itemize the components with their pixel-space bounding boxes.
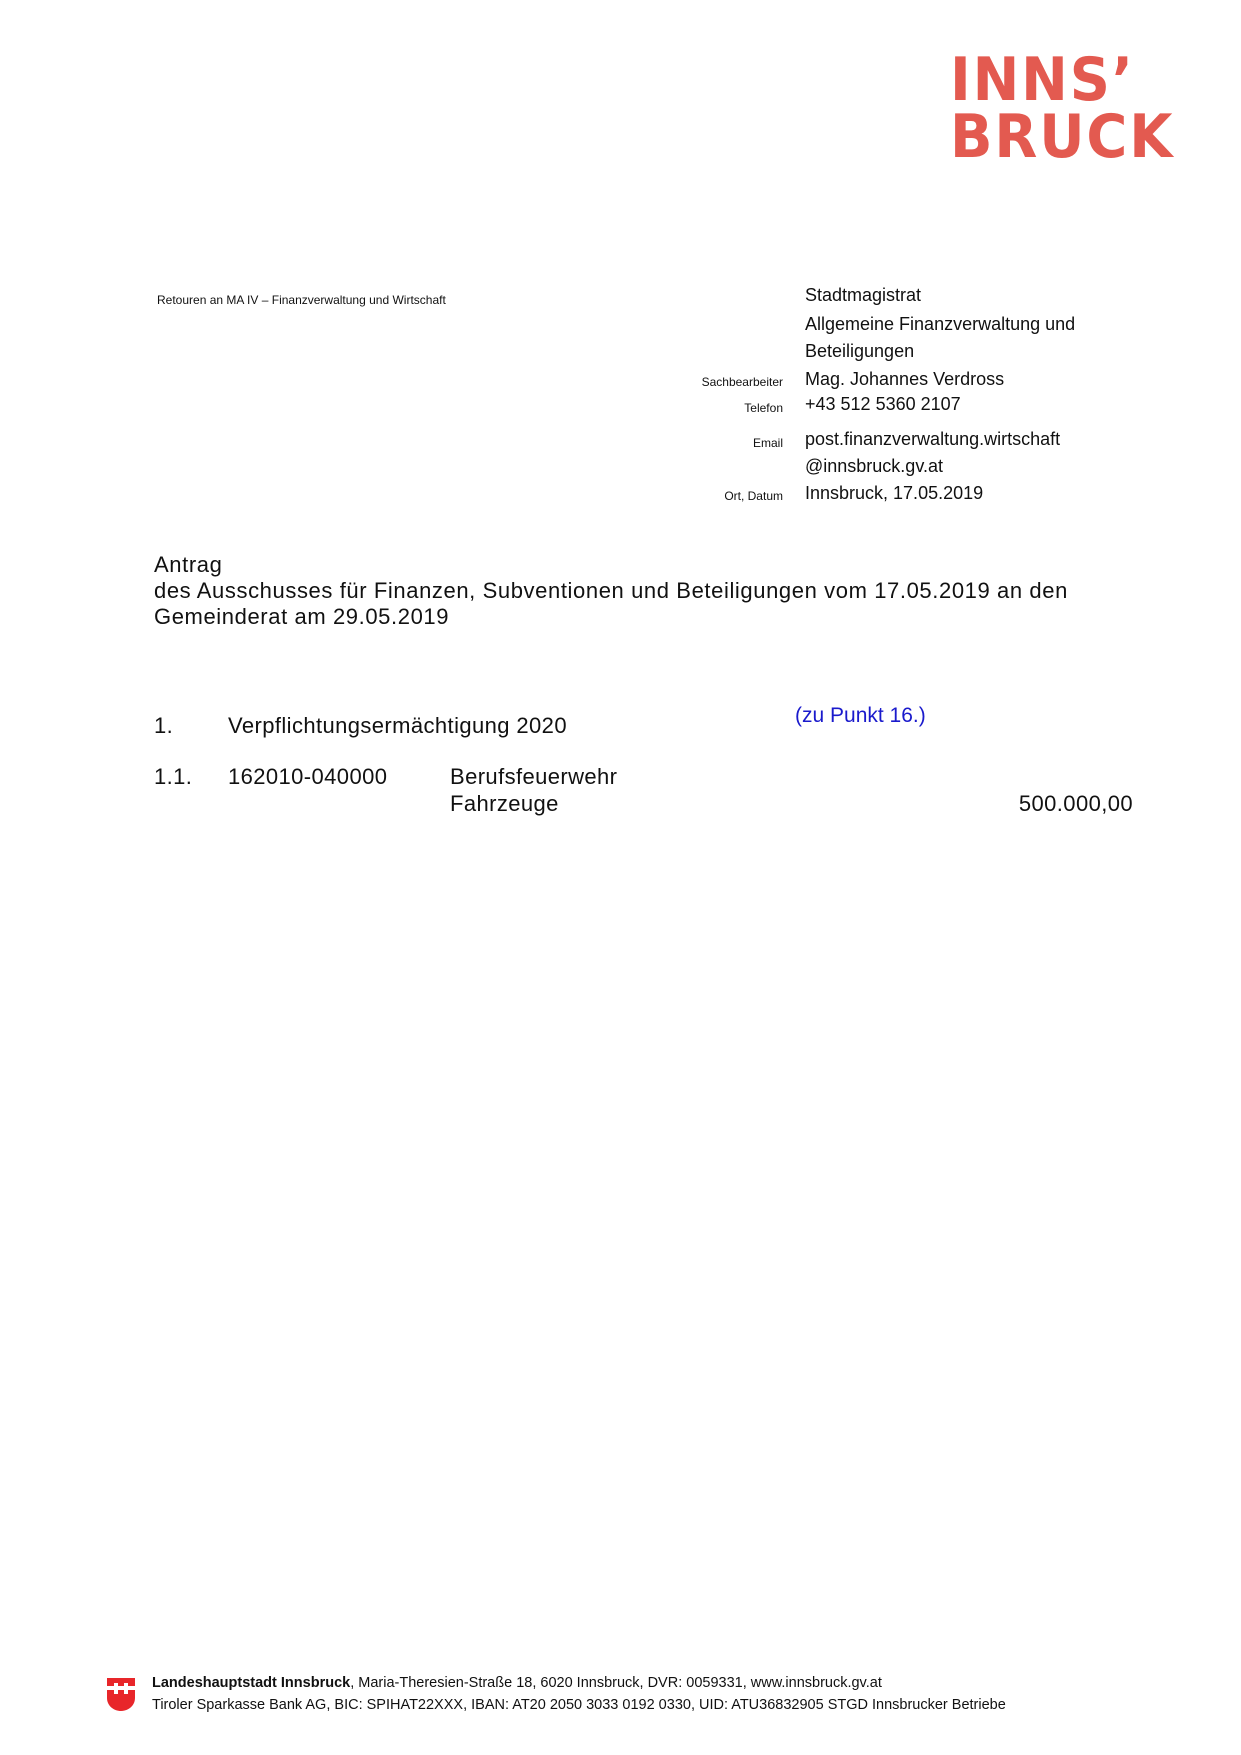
item-description-line-2: Fahrzeuge: [450, 791, 559, 817]
sachbearbeiter-label: Sachbearbeiter: [702, 375, 783, 389]
sender-org-line-2: Allgemeine Finanzverwaltung und: [805, 314, 1075, 335]
agenda-point-note: (zu Punkt 16.): [795, 704, 926, 728]
return-address: Retouren an MA IV – Finanzverwaltung und…: [157, 293, 446, 307]
antrag-subtitle-line-2: Gemeinderat am 29.05.2019: [154, 604, 1068, 630]
ort-datum-label: Ort, Datum: [724, 489, 783, 503]
innsbruck-logo: INNS’ BRUCK: [950, 52, 1173, 166]
item-account: 162010-040000: [228, 764, 387, 790]
sachbearbeiter-value: Mag. Johannes Verdross: [805, 369, 1004, 390]
logo-line-1: INNS’: [950, 52, 1173, 109]
logo-line-2: BRUCK: [950, 109, 1173, 166]
antrag-subtitle-line-1: des Ausschusses für Finanzen, Subvention…: [154, 578, 1068, 604]
ort-datum-value: Innsbruck, 17.05.2019: [805, 483, 983, 504]
telefon-value: +43 512 5360 2107: [805, 394, 961, 415]
sender-org-line-1: Stadtmagistrat: [805, 285, 921, 306]
item-description-line-1: Berufsfeuerwehr: [450, 764, 617, 790]
footer-line-1: Landeshauptstadt Innsbruck, Maria-Theres…: [152, 1672, 1006, 1694]
section-title: Verpflichtungsermächtigung 2020: [228, 713, 567, 739]
item-amount: 500.000,00: [1019, 791, 1133, 817]
footer-line-2: Tiroler Sparkasse Bank AG, BIC: SPIHAT22…: [152, 1694, 1006, 1716]
email-label: Email: [753, 436, 783, 450]
footer-address: , Maria-Theresien-Straße 18, 6020 Innsbr…: [350, 1675, 882, 1691]
email-value-line-2[interactable]: @innsbruck.gv.at: [805, 456, 943, 477]
section-number: 1.: [154, 713, 173, 739]
antrag-title: Antrag: [154, 552, 1068, 578]
item-number: 1.1.: [154, 764, 192, 790]
innsbruck-coat-of-arms-icon: [106, 1676, 136, 1712]
antrag-heading: Antrag des Ausschusses für Finanzen, Sub…: [154, 552, 1068, 630]
footer-org-name: Landeshauptstadt Innsbruck: [152, 1675, 350, 1691]
footer-text: Landeshauptstadt Innsbruck, Maria-Theres…: [152, 1672, 1006, 1716]
sender-org-line-3: Beteiligungen: [805, 341, 914, 362]
telefon-label: Telefon: [744, 401, 783, 415]
email-value-line-1[interactable]: post.finanzverwaltung.wirtschaft: [805, 429, 1060, 450]
